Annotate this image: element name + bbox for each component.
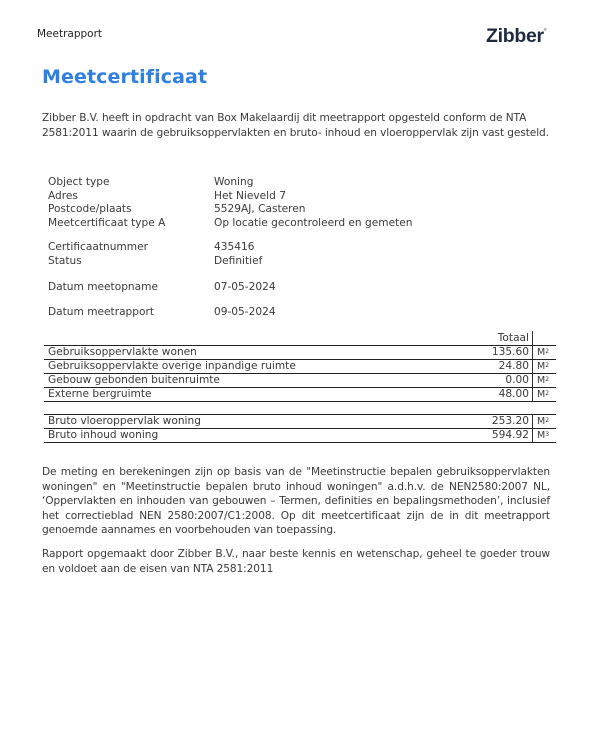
total-rows: Bruto vloeroppervlak woning253.20M2Bruto… (44, 414, 556, 443)
row-unit: M2 (532, 374, 556, 387)
methodology-paragraph: De meting en berekeningen zijn op basis … (42, 465, 550, 538)
table-row: Gebruiksoppervlakte overige inpandige ru… (44, 359, 556, 373)
fact-cert-type: Meetcertificaat type A Op locatie gecont… (48, 217, 412, 231)
registered-mark: ® (544, 27, 547, 32)
fact-adres: Adres Het Nieveld 7 (48, 190, 412, 204)
fact-label: Meetcertificaat type A (48, 217, 214, 231)
row-value: 253.20 (487, 415, 532, 428)
row-label: Bruto inhoud woning (44, 429, 487, 442)
page-title: Meetcertificaat (42, 66, 207, 88)
intro-paragraph: Zibber B.V. heeft in opdracht van Box Ma… (42, 111, 550, 140)
table-row: Externe bergruimte48.00M2 (44, 387, 556, 401)
row-unit: M2 (532, 388, 556, 401)
row-value: 594.92 (487, 429, 532, 442)
fact-label: Object type (48, 176, 214, 190)
table-row: Gebruiksoppervlakte wonen135.60M2 (44, 345, 556, 359)
row-label: Gebruiksoppervlakte wonen (44, 346, 487, 359)
fact-status: Status Definitief (48, 255, 412, 269)
fact-value: Het Nieveld 7 (214, 190, 286, 204)
row-unit: M2 (532, 346, 556, 359)
row-value: 0.00 (487, 374, 532, 387)
fact-label: Postcode/plaats (48, 203, 214, 217)
logo-text: Zibber (486, 25, 544, 47)
fact-value: Op locatie gecontroleerd en gemeten (214, 217, 412, 231)
fact-datum-rapport: Datum meetrapport 09-05-2024 (48, 306, 412, 320)
table-header: Totaal (44, 331, 556, 345)
fact-value: 09-05-2024 (214, 306, 276, 320)
row-value: 135.60 (487, 346, 532, 359)
fact-value: 07-05-2024 (214, 281, 276, 295)
fact-datum-opname: Datum meetopname 07-05-2024 (48, 281, 412, 295)
row-label: Externe bergruimte (44, 388, 487, 401)
row-unit: M3 (532, 429, 556, 442)
object-details: Object type Woning Adres Het Nieveld 7 P… (48, 176, 412, 319)
row-label: Bruto vloeroppervlak woning (44, 415, 487, 428)
row-label: Gebruiksoppervlakte overige inpandige ru… (44, 360, 487, 373)
fact-cert-number: Certificaatnummer 435416 (48, 241, 412, 255)
table-row: Gebouw gebonden buitenruimte0.00M2 (44, 373, 556, 387)
zibber-logo: Zibber® (486, 25, 546, 48)
area-rows: Gebruiksoppervlakte wonen135.60M2Gebruik… (44, 345, 556, 402)
table-row: Bruto vloeroppervlak woning253.20M2 (44, 414, 556, 428)
fact-label: Datum meetrapport (48, 306, 214, 320)
fact-object-type: Object type Woning (48, 176, 412, 190)
row-label: Gebouw gebonden buitenruimte (44, 374, 487, 387)
row-value: 24.80 (487, 360, 532, 373)
disclaimer-paragraph: Rapport opgemaakt door Zibber B.V., naar… (42, 547, 550, 576)
total-column-header: Totaal (487, 331, 532, 345)
row-unit: M2 (532, 415, 556, 428)
fact-label: Certificaatnummer (48, 241, 214, 255)
row-value: 48.00 (487, 388, 532, 401)
fact-value: 435416 (214, 241, 254, 255)
fact-value: Woning (214, 176, 253, 190)
document-header-label: Meetrapport (37, 28, 102, 40)
fact-label: Adres (48, 190, 214, 204)
measurement-table: Totaal Gebruiksoppervlakte wonen135.60M2… (44, 331, 556, 443)
fact-value: 5529AJ, Casteren (214, 203, 306, 217)
row-unit: M2 (532, 360, 556, 373)
fact-label: Status (48, 255, 214, 269)
fact-postcode: Postcode/plaats 5529AJ, Casteren (48, 203, 412, 217)
table-row: Bruto inhoud woning594.92M3 (44, 428, 556, 442)
fact-value: Definitief (214, 255, 262, 269)
fact-label: Datum meetopname (48, 281, 214, 295)
